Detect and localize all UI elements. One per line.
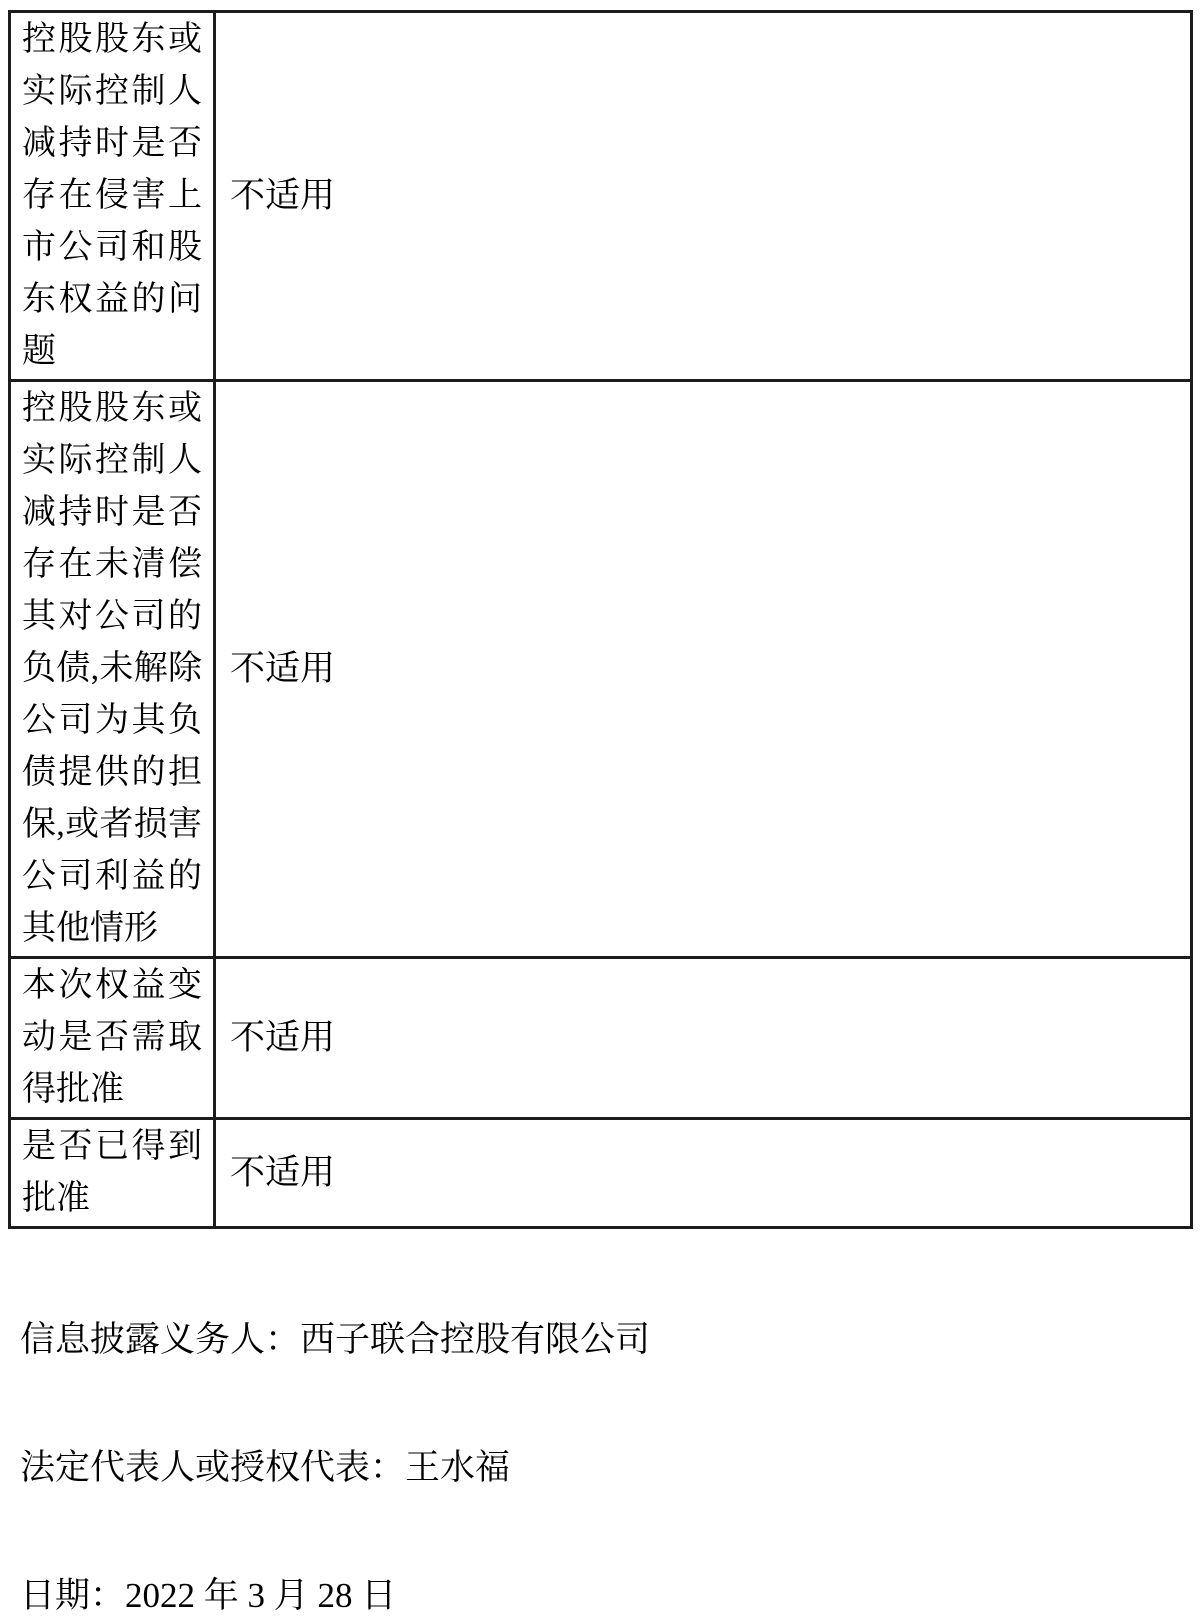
- disclosure-table: 控股股东或实际控制人减持时是否存在侵害上市公司和股东权益的问题 不适用 控股股东…: [8, 10, 1193, 1229]
- row-value: 不适用: [216, 959, 1190, 1117]
- row-value: 不适用: [216, 1120, 1190, 1226]
- row-label-approval-required: 本次权益变动是否需取得批准: [11, 959, 216, 1117]
- row-value: 不适用: [216, 13, 1190, 379]
- not-applicable-text: 不适用: [230, 1147, 335, 1199]
- not-applicable-text: 不适用: [230, 643, 335, 695]
- table-row: 控股股东或实际控制人减持时是否存在侵害上市公司和股东权益的问题 不适用: [11, 13, 1190, 382]
- row-label-unpaid-debts-guarantees: 控股股东或实际控制人减持时是否存在未清偿其对公司的负债,未解除公司为其负债提供的…: [11, 382, 216, 956]
- not-applicable-text: 不适用: [230, 170, 335, 222]
- representative-line: 法定代表人或授权代表：王水福: [20, 1448, 1200, 1488]
- table-row: 是否已得到批准 不适用: [11, 1120, 1190, 1226]
- row-label-approval-obtained: 是否已得到批准: [11, 1120, 216, 1226]
- not-applicable-text: 不适用: [230, 1012, 335, 1064]
- date-line: 日期：2022 年 3 月 28 日: [20, 1576, 1200, 1616]
- signature-block: 信息披露义务人：西子联合控股有限公司 法定代表人或授权代表：王水福 日期：202…: [20, 1320, 1200, 1616]
- row-value: 不适用: [216, 382, 1190, 956]
- table-row: 控股股东或实际控制人减持时是否存在未清偿其对公司的负债,未解除公司为其负债提供的…: [11, 382, 1190, 959]
- discloser-line: 信息披露义务人：西子联合控股有限公司: [20, 1320, 1200, 1360]
- table-row: 本次权益变动是否需取得批准 不适用: [11, 959, 1190, 1120]
- row-label-shareholder-rights-infringement: 控股股东或实际控制人减持时是否存在侵害上市公司和股东权益的问题: [11, 13, 216, 379]
